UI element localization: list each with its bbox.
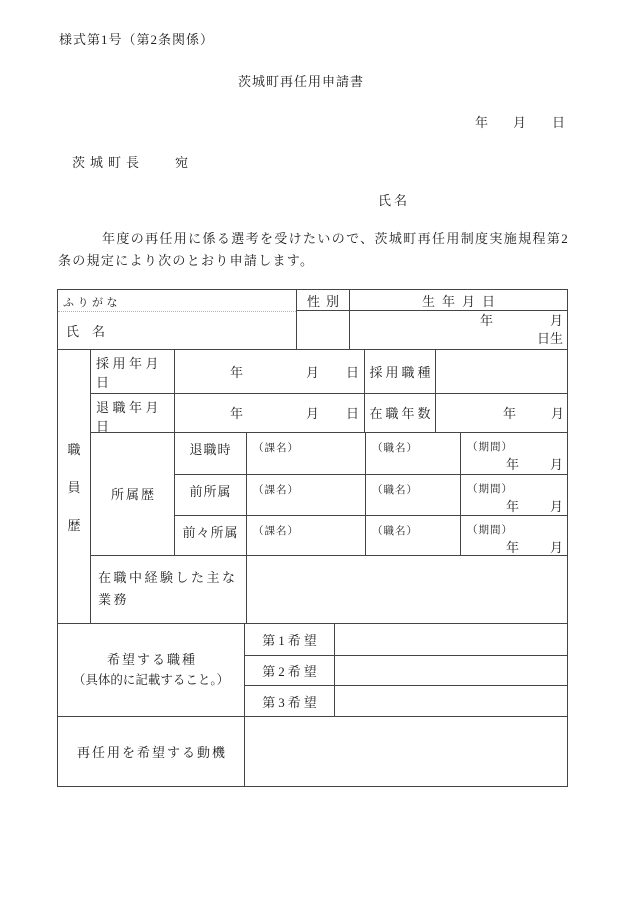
division-name-label: （課名） [246,516,365,556]
date-month-label: 月 [513,115,526,130]
period-label: （期間） [467,481,563,496]
first-choice-value-cell [334,624,567,655]
birthdate-value-cell: 年月 日生 [350,311,567,349]
furigana-label: ふりがな [58,290,296,311]
second-choice-label: 第2希望 [245,656,334,686]
date-day-label: 日 [552,115,565,130]
retire-date-value-cell: 年月日 [174,394,364,432]
affiliation-row-at-retirement: 退職時 （課名） （職名） （期間） 年月 [175,433,567,474]
vertical-char-2: 員 [67,477,80,496]
birthdate-label: 生年月日 [350,290,567,311]
affiliation-row-label: 前々所属 [175,516,246,556]
main-duties-value-cell [246,556,567,623]
tenure-value-cell: 年月 [435,394,567,432]
hire-date-row: 採用年月日 年月日 採用職種 [91,350,567,393]
vertical-char-3: 歴 [67,515,80,534]
birth-month-label: 月 [550,313,563,328]
period-label: （期間） [467,439,563,454]
addressee-suffix: 宛 [175,155,188,170]
birthdate-units-line: 年月 [350,312,563,330]
page-title: 茨城町再任用申請書 [238,71,364,90]
year-label: 年 [506,457,519,472]
period-cell: （期間） 年月 [460,433,567,474]
period-units: 年月 [467,537,563,556]
desired-job-label-line1: 希望する職種 [105,649,197,670]
desired-job-block: 希望する職種 （具体的に記載すること。） 第1希望 第2希望 第3希望 [58,623,567,716]
day-label: 日 [346,362,359,381]
motivation-row: 再任用を希望する動機 [58,716,567,786]
retire-date-row: 退職年月日 年月日 在職年数 年月 [91,393,567,432]
desired-job-label: 希望する職種 （具体的に記載すること。） [58,624,244,716]
addressee-name: 茨城町長 [72,155,144,170]
gender-column: 性別 [296,290,349,349]
position-name-label: （職名） [365,516,460,556]
employment-history-vertical-label: 職 員 歴 [58,350,90,623]
first-choice-label: 第1希望 [245,624,334,655]
year-label: 年 [503,403,516,422]
main-duties-label: 在職中経験した主な業務 [91,556,246,623]
period-cell: （期間） 年月 [460,475,567,515]
month-label: 月 [550,457,563,472]
hire-job-value-cell [435,350,567,393]
second-choice-row: 第2希望 [245,655,567,686]
third-choice-label: 第3希望 [245,686,334,716]
position-name-label: （職名） [365,475,460,515]
month-label: 月 [551,403,564,422]
applicant-name-label: 氏名 [378,190,410,209]
date-line: 年月日 [475,112,565,131]
month-label: 月 [550,540,563,555]
addressee-line: 茨城町長宛 [72,152,188,171]
year-label: 年 [506,540,519,555]
first-choice-row: 第1希望 [245,624,567,655]
year-label: 年 [230,403,243,422]
second-choice-value-cell [334,656,567,686]
hire-date-label: 採用年月日 [91,350,174,393]
employment-history-body: 採用年月日 年月日 採用職種 退職年月日 年月日 在職年数 年月 所属歴 退職時 [90,350,567,623]
birth-year-label: 年 [480,313,493,328]
basic-info-row: ふりがな 氏 名 性別 生年月日 年月 日生 [58,290,567,349]
affiliation-label: 所属歴 [91,433,174,555]
birth-day-suffix: 日生 [350,330,563,348]
gender-value-cell [297,311,349,349]
month-label: 月 [306,362,319,381]
affiliation-row-before-previous: 前々所属 （課名） （職名） （期間） 年月 [175,515,567,556]
employment-history-block: 職 員 歴 採用年月日 年月日 採用職種 退職年月日 年月日 在職年数 年月 [58,349,567,623]
year-label: 年 [230,362,243,381]
motivation-label: 再任用を希望する動機 [58,717,244,786]
third-choice-value-cell [334,686,567,716]
division-name-label: （課名） [246,475,365,515]
birthdate-column: 生年月日 年月 日生 [349,290,567,349]
document-page: 様式第1号（第2条関係） 茨城町再任用申請書 年月日 茨城町長宛 氏名 年度の再… [0,0,630,903]
name-label: 氏 名 [58,311,296,348]
affiliation-row-label: 退職時 [175,433,246,474]
affiliation-row-previous: 前所属 （課名） （職名） （期間） 年月 [175,474,567,515]
date-year-label: 年 [475,115,488,130]
gender-label: 性別 [297,290,349,311]
desired-job-label-line2: （具体的に記載すること。） [73,670,229,691]
month-label: 月 [550,499,563,514]
form-number: 様式第1号（第2条関係） [59,29,214,48]
vertical-char-1: 職 [67,439,80,458]
affiliation-history-rows: 所属歴 退職時 （課名） （職名） （期間） 年月 前所属 [91,432,567,555]
hire-job-label: 採用職種 [364,350,435,393]
year-label: 年 [506,499,519,514]
period-cell: （期間） 年月 [460,516,567,556]
desired-job-rows: 第1希望 第2希望 第3希望 [244,624,567,716]
affiliation-row-label: 前所属 [175,475,246,515]
period-label: （期間） [467,522,563,537]
retire-date-label: 退職年月日 [91,394,174,432]
body-paragraph: 年度の再任用に係る選考を受けたいので、茨城町再任用制度実施規程第2条の規定により… [58,228,569,272]
period-units: 年月 [467,496,563,515]
main-duties-row: 在職中経験した主な業務 [91,555,567,623]
division-name-label: （課名） [246,433,365,474]
third-choice-row: 第3希望 [245,685,567,716]
position-name-label: （職名） [365,433,460,474]
hire-date-value-cell: 年月日 [174,350,364,393]
tenure-label: 在職年数 [364,394,435,432]
day-label: 日 [346,403,359,422]
motivation-value-cell [244,717,567,786]
affiliation-rows: 退職時 （課名） （職名） （期間） 年月 前所属 （課名） （職名） [174,433,567,555]
month-label: 月 [306,403,319,422]
period-units: 年月 [467,454,563,473]
name-column: ふりがな 氏 名 [58,290,296,349]
application-form-table: ふりがな 氏 名 性別 生年月日 年月 日生 職 員 歴 [57,289,568,787]
